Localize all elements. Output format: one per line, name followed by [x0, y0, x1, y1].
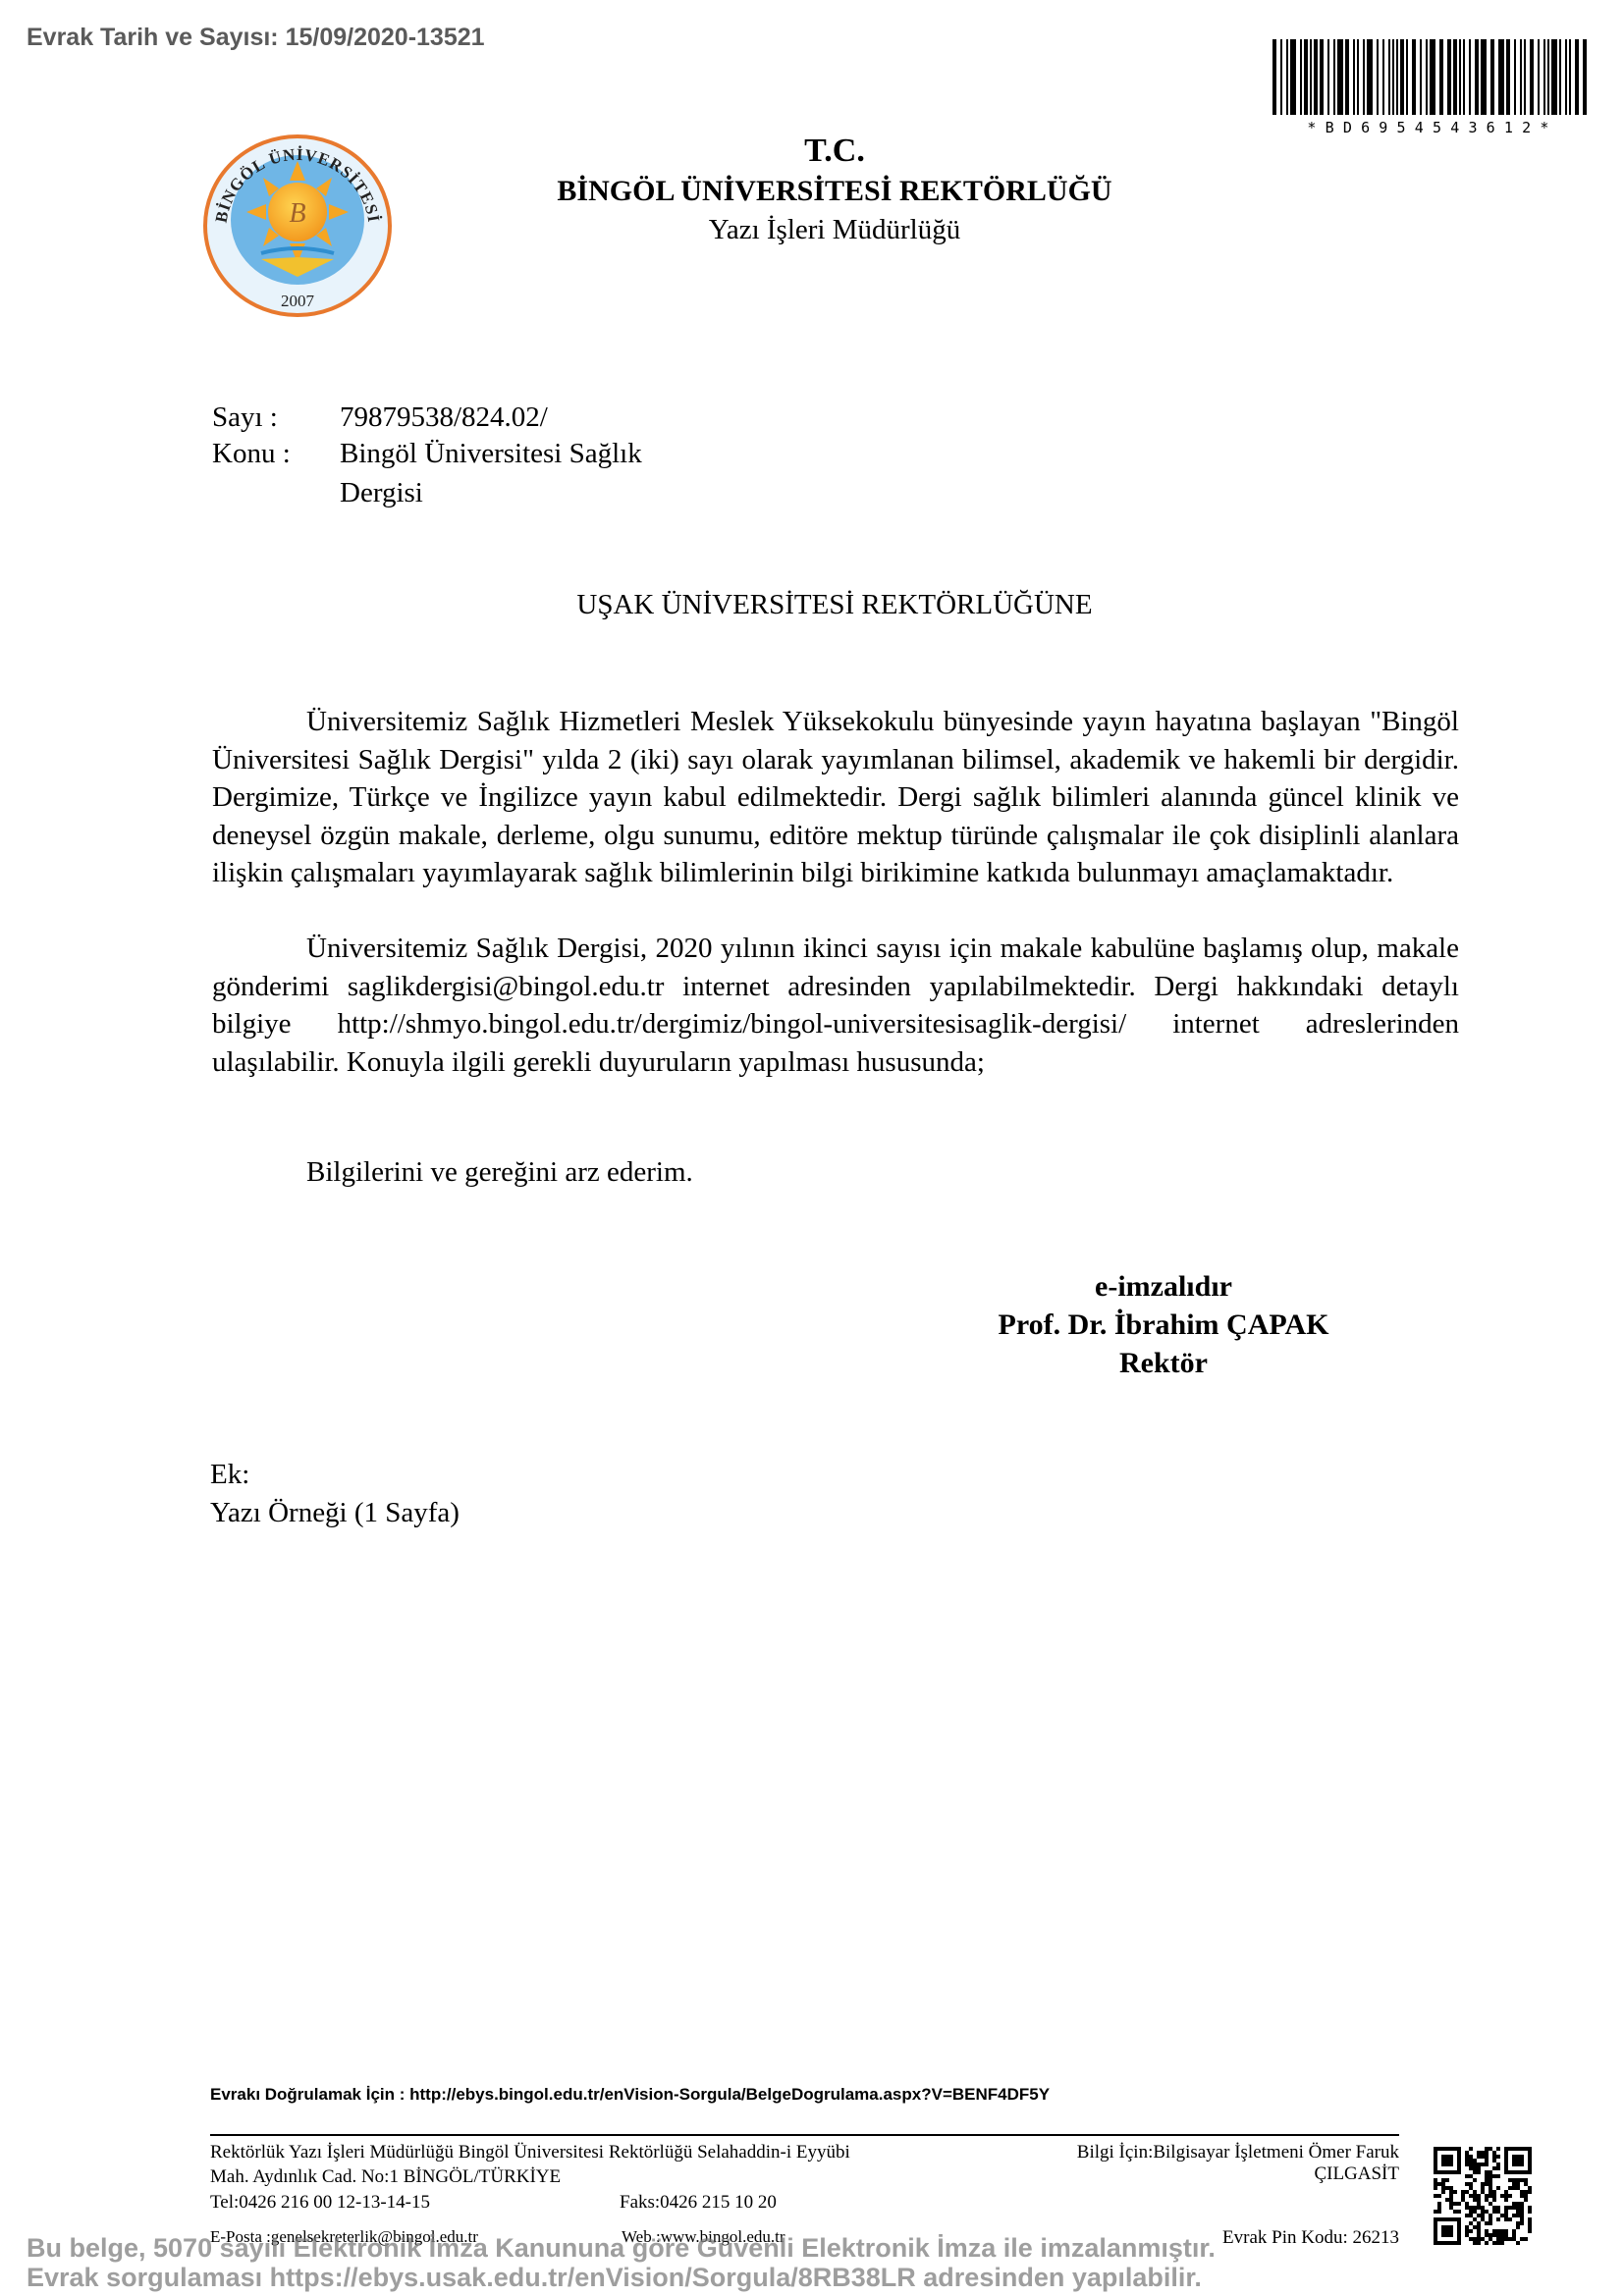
meta-number-row: Sayı :79879538/824.02/: [212, 401, 548, 434]
e-signature-watermark-line-1: Bu belge, 5070 sayılı Elektronik İmza Ka…: [27, 2233, 1216, 2264]
closing-line: Bilgilerini ve gereğini arz ederim.: [306, 1156, 693, 1189]
signatory-title: Rektör: [943, 1347, 1384, 1380]
footer-divider: [210, 2134, 1399, 2136]
barcode-text: *BD6954543612*: [1272, 119, 1593, 136]
number-value: 79879538/824.02/: [340, 401, 548, 433]
body-paragraph-2: Üniversitemiz Sağlık Dergisi, 2020 yılın…: [212, 930, 1459, 1081]
qr-code: [1434, 2146, 1532, 2254]
signatory-name: Prof. Dr. İbrahim ÇAPAK: [943, 1308, 1384, 1342]
footer-phone: Tel:0426 216 00 12-13-14-15: [210, 2192, 430, 2214]
footer-fax: Faks:0426 215 10 20: [620, 2192, 777, 2214]
subject-value-continued: Dergisi: [340, 477, 423, 509]
subject-value: Bingöl Üniversitesi Sağlık: [340, 438, 642, 469]
footer-address-line-2: Mah. Aydınlık Cad. No:1 BİNGÖL/TÜRKİYE: [210, 2166, 561, 2188]
subject-label: Konu :: [212, 438, 340, 470]
header-department: Yazı İşleri Müdürlüğü: [491, 214, 1178, 246]
e-signature-watermark-line-2: Evrak sorgulaması https://ebys.usak.edu.…: [27, 2263, 1202, 2293]
svg-text:2007: 2007: [281, 292, 315, 310]
signature-status: e-imzalıdır: [943, 1270, 1384, 1304]
svg-text:B: B: [289, 198, 305, 229]
header-institution: BİNGÖL ÜNİVERSİTESİ REKTÖRLÜĞÜ: [491, 175, 1178, 208]
footer-contact-info: Bilgi İçin:Bilgisayar İşletmeni Ömer Far…: [943, 2142, 1399, 2185]
attachment-item: Yazı Örneği (1 Sayfa): [210, 1497, 460, 1529]
contact-line-1: Bilgi İçin:Bilgisayar İşletmeni Ömer Far…: [943, 2142, 1399, 2163]
meta-subject-row: Konu :Bingöl Üniversitesi Sağlık: [212, 438, 642, 470]
university-logo: B BİNGÖL ÜNİVERSİTESİ 2007: [202, 133, 393, 318]
addressee: UŞAK ÜNİVERSİTESİ REKTÖRLÜĞÜNE: [491, 589, 1178, 621]
header-tc: T.C.: [491, 133, 1178, 170]
barcode-bars: [1272, 39, 1593, 115]
footer-address-line-1: Rektörlük Yazı İşleri Müdürlüğü Bingöl Ü…: [210, 2142, 850, 2163]
document-date-number-stamp: Evrak Tarih ve Sayısı: 15/09/2020-13521: [27, 24, 485, 52]
contact-line-2: ÇILGASİT: [943, 2163, 1399, 2185]
barcode: *BD6954543612*: [1272, 39, 1593, 137]
verification-link[interactable]: Evrakı Doğrulamak İçin : http://ebys.bin…: [210, 2085, 1050, 2105]
number-label: Sayı :: [212, 401, 340, 434]
body-paragraph-1: Üniversitemiz Sağlık Hizmetleri Meslek Y…: [212, 703, 1459, 892]
attachments-label: Ek:: [210, 1459, 249, 1491]
